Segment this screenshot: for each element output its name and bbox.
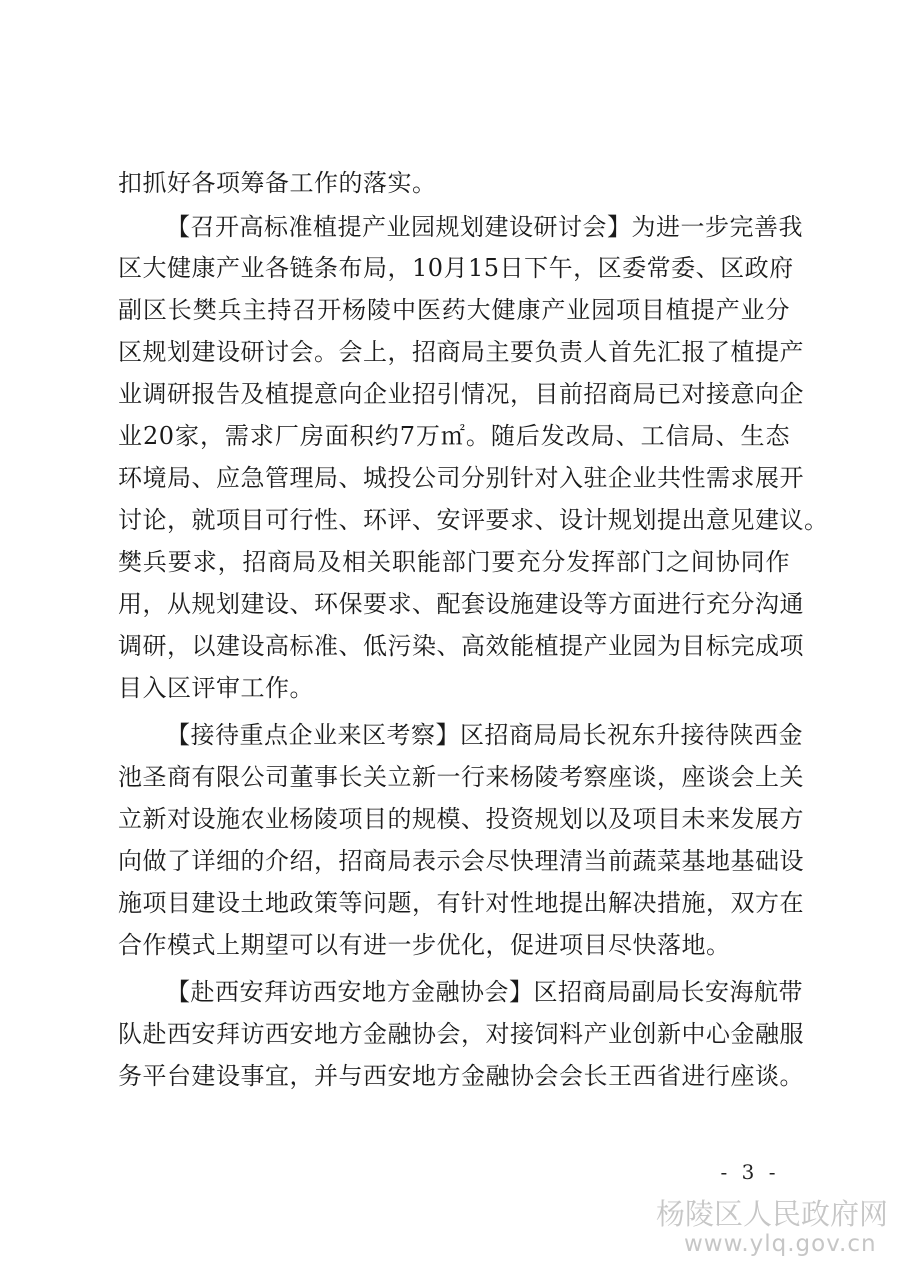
text-line: 业调研报告及植提意向企业招引情况，目前招商局已对接意向企 [118,373,790,415]
text-line: 扣抓好各项筹备工作的落实。 [118,162,790,204]
text-line: 立新对设施农业杨陵项目的规模、投资规划以及项目未来发展方 [118,798,790,840]
text-line: 合作模式上期望可以有进一步优化，促进项目尽快落地。 [118,924,790,966]
text-line: 【赴西安拜访西安地方金融协会】区招商局副局长安海航带 [166,971,790,1013]
text-line: 用，从规划建设、环保要求、配套设施建设等方面进行充分沟通 [118,583,790,625]
text-line: 业20家，需求厂房面积约7万㎡。随后发改局、工信局、生态 [118,415,790,457]
watermark-url: www.ylq.gov.cn [684,1230,864,1258]
text-line: 环境局、应急管理局、城投公司分别针对入驻企业共性需求展开 [118,457,790,499]
text-line: 【接待重点企业来区考察】区招商局局长祝东升接待陕西金 [166,714,790,756]
text-line: 向做了详细的介绍，招商局表示会尽快理清当前蔬菜基地基础设 [118,840,790,882]
text-line: 务平台建设事宜，并与西安地方金融协会会长王西省进行座谈。 [118,1055,790,1097]
text-line: 讨论，就项目可行性、环评、安评要求、设计规划提出意见建议。 [118,499,790,541]
document-page: 扣抓好各项筹备工作的落实。【召开高标准植提产业园规划建设研讨会】为进一步完善我区… [0,0,900,1272]
page-number: - 3 - [720,1158,780,1186]
watermark-title: 杨陵区人民政府网 [656,1196,892,1232]
text-line: 区规划建设研讨会。会上，招商局主要负责人首先汇报了植提产 [118,331,790,373]
text-line: 队赴西安拜访西安地方金融协会，对接饲料产业创新中心金融服 [118,1013,790,1055]
text-line: 副区长樊兵主持召开杨陵中医药大健康产业园项目植提产业分 [118,289,790,331]
text-line: 樊兵要求，招商局及相关职能部门要充分发挥部门之间协同作 [118,541,790,583]
text-line: 目入区评审工作。 [118,667,790,709]
text-line: 【召开高标准植提产业园规划建设研讨会】为进一步完善我 [166,206,790,248]
text-line: 池圣商有限公司董事长关立新一行来杨陵考察座谈，座谈会上关 [118,756,790,798]
text-line: 调研，以建设高标准、低污染、高效能植提产业园为目标完成项 [118,625,790,667]
text-line: 区大健康产业各链条布局，10月15日下午，区委常委、区政府 [118,247,790,289]
text-line: 施项目建设土地政策等问题，有针对性地提出解决措施，双方在 [118,882,790,924]
